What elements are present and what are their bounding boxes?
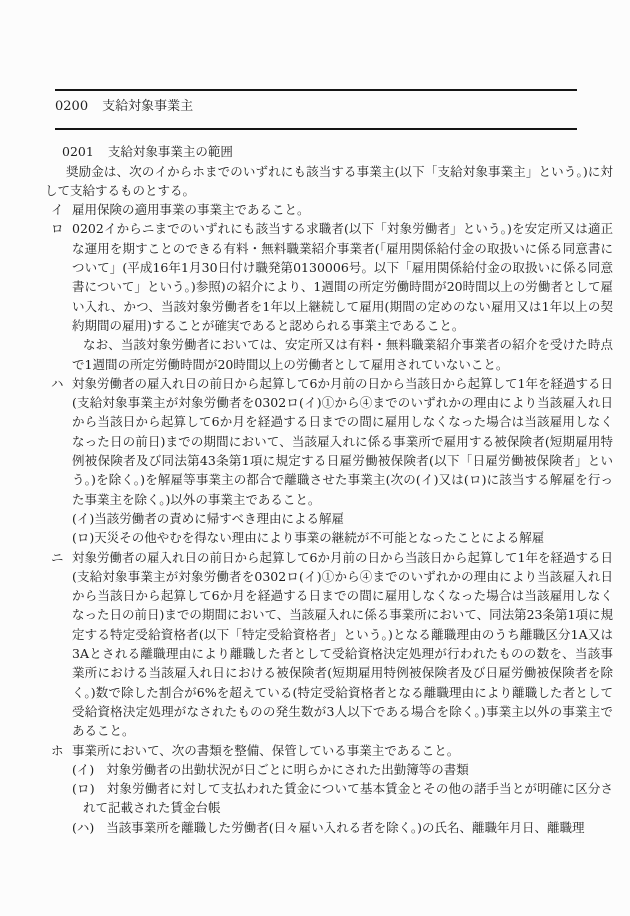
document-page: 0200支給対象事業主 0201支給対象事業主の範囲 奨励金は、次のイからホまで…: [0, 0, 630, 916]
subitem-ho-i: (イ)対象労働者の出勤状況が日ごとに明らかにされた出勤簿等の書類: [72, 760, 613, 779]
subitem-marker-ho-ha: (ハ): [72, 820, 94, 835]
subitem-text-ha-ro: 天災その他やむを得ない理由により事業の継続が不可能となったことによる解雇: [94, 530, 544, 545]
subitem-marker-ho-i: (イ): [72, 762, 94, 777]
subitem-ho-ha: (ハ)当該事業所を離職した労働者(日々雇い入れる者を除く。)の氏名、離職年月日、…: [72, 818, 613, 837]
list-item-ro: ロ 0202イからニまでのいずれにも該当する求職者(以下「対象労働者」という。)…: [45, 219, 613, 373]
item-text-i: 雇用保険の適用事業の事業主であること。: [72, 200, 613, 219]
section-number: 0201: [62, 144, 94, 159]
item-marker-ho: ホ: [51, 741, 75, 760]
item-note-ro: なお、当該対象労働者においては、安定所又は有料・無料職業紹介事業者の紹介を受けた…: [72, 335, 613, 374]
subitem-text-ha-i: 当該労働者の責めに帰すべき理由による解雇: [94, 511, 344, 526]
intro-paragraph: 奨励金は、次のイからホまでのいずれにも該当する事業主(以下「支給対象事業主」とい…: [45, 162, 613, 201]
subitem-marker-ha-i: (イ): [72, 511, 94, 526]
subitem-marker-ha-ro: (ロ): [72, 530, 94, 545]
list-item-i: イ 雇用保険の適用事業の事業主であること。: [45, 200, 613, 219]
subitem-ha-i: (イ)当該労働者の責めに帰すべき理由による解雇: [72, 509, 613, 528]
document-number: 0200: [55, 99, 88, 114]
list-item-ha: ハ 対象労働者の雇入れ日の前日から起算して6か月前の日から当該日から起算して1年…: [45, 374, 613, 548]
item-text-ro: 0202イからニまでのいずれにも該当する求職者(以下「対象労働者」という。)を安…: [72, 219, 613, 335]
item-marker-i: イ: [51, 200, 75, 219]
subitem-text-ho-ro: 対象労働者に対して支払われた賃金について基本賃金とその他の諸手当とが明確に区分さ…: [83, 781, 613, 815]
subitem-text-ho-i: 対象労働者の出勤状況が日ごとに明らかにされた出勤簿等の書類: [106, 762, 469, 777]
item-text-ha: 対象労働者の雇入れ日の前日から起算して6か月前の日から当該日から起算して1年を経…: [72, 374, 613, 509]
item-marker-ha: ハ: [51, 374, 75, 393]
document-title: 支給対象事業主: [102, 99, 193, 114]
subitem-ho-ro: (ロ)対象労働者に対して支払われた賃金について基本賃金とその他の諸手当とが明確に…: [72, 779, 613, 818]
list-item-ho: ホ 事業所において、次の書類を整備、保管している事業主であること。 (イ)対象労…: [45, 741, 613, 837]
section-title: 支給対象事業主の範囲: [108, 144, 233, 159]
subitem-marker-ho-ro: (ロ): [72, 781, 95, 796]
document-content: 0200支給対象事業主 0201支給対象事業主の範囲 奨励金は、次のイからホまで…: [45, 89, 613, 837]
section-divider-bottom: [55, 128, 577, 130]
item-marker-ro: ロ: [51, 219, 75, 238]
subitem-ha-ro: (ロ)天災その他やむを得ない理由により事業の継続が不可能となったことによる解雇: [72, 528, 613, 547]
subitem-text-ho-ha: 当該事業所を離職した労働者(日々雇い入れる者を除く。)の氏名、離職年月日、離職理: [106, 820, 584, 835]
item-text-ni: 対象労働者の雇入れ日の前日から起算して6か月前の日から当該日から起算して1年を経…: [72, 548, 613, 741]
section-header: 0201支給対象事業主の範囲: [62, 142, 613, 161]
item-text-ho: 事業所において、次の書類を整備、保管している事業主であること。: [72, 741, 613, 760]
list-item-ni: ニ 対象労働者の雇入れ日の前日から起算して6か月前の日から当該日から起算して1年…: [45, 548, 613, 741]
item-marker-ni: ニ: [51, 548, 75, 567]
document-header: 0200支給対象事業主: [55, 91, 613, 128]
